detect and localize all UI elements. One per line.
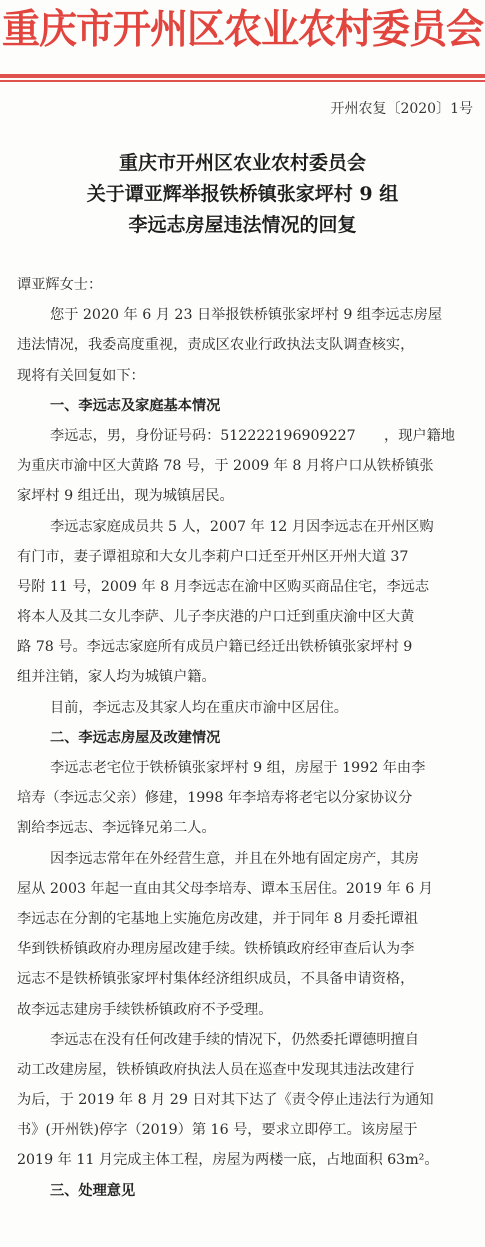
body-line: 号附 11 号，2009 年 8 月李远志在渝中区购买商品住宅，李远志 <box>17 572 477 602</box>
body-line: 2019 年 11 月完成主体工程，房屋为两楼一底，占地面积 63m²。 <box>17 1145 477 1175</box>
body-line: 远志不是铁桥镇张家坪村集体经济组织成员，不具备申请资格， <box>17 964 477 994</box>
body-line: 李远志在没有任何改建手续的情况下，仍然委托谭德明擅自 <box>17 1025 477 1055</box>
section-heading: 一、李远志及家庭基本情况 <box>17 391 477 421</box>
title-line: 重庆市开州区农业农村委员会 <box>0 148 485 179</box>
body-line: 动工改建房屋，铁桥镇政府执法人员在巡查中发现其违法改建行 <box>17 1055 477 1085</box>
body-line: 将本人及其二女儿李萨、儿子李庆港的户口迁到重庆渝中区大黄 <box>17 602 477 632</box>
body-line: 故李远志建房手续铁桥镇政府不予受理。 <box>17 995 477 1025</box>
body-line: 为重庆市渝中区大黄路 78 号，于 2009 年 8 月将户口从铁桥镇张 <box>17 451 477 481</box>
body-line: 路 78 号。李远志家庭所有成员户籍已经迁出铁桥镇张家坪村 9 <box>17 632 477 662</box>
body-line: 为后，于 2019 年 8 月 29 日对其下达了《责令停止违法行为通知 <box>17 1085 477 1115</box>
body-line: 华到铁桥镇政府办理房屋改建手续。铁桥镇政府经审查后认为李 <box>17 934 477 964</box>
body-line: 李远志在分割的宅基地上实施危房改建，并于同年 8 月委托谭祖 <box>17 904 477 934</box>
body-line: 组并注销，家人均为城镇户籍。 <box>17 662 477 692</box>
body-line: 李远志，男，身份证号码：512222196909227 ，现户籍地 <box>17 421 477 451</box>
body-line: 目前，李远志及其家人均在重庆市渝中区居住。 <box>17 693 477 723</box>
salutation: 谭亚辉女士： <box>17 270 477 300</box>
document-number: 开州农复〔2020〕1号 <box>330 97 473 121</box>
body-line: 李远志家庭成员共 5 人，2007 年 12 月因李远志在开州区购 <box>17 512 477 542</box>
body-line: 有门市，妻子谭祖琼和大女儿李莉户口迁至开州区开州大道 37 <box>17 542 477 572</box>
title-line: 李远志房屋违法情况的回复 <box>0 210 485 241</box>
body-line: 培寿（李远志父亲）修建，1998 年李培寿将老宅以分家协议分 <box>17 783 477 813</box>
masthead-rule-thin <box>0 80 485 82</box>
masthead-title: 重庆市开州区农业农村委员会 <box>0 3 485 56</box>
section-heading: 二、李远志房屋及改建情况 <box>17 723 477 753</box>
masthead-rule-thick <box>0 74 485 78</box>
body-line: 割给李远志、李远锋兄弟二人。 <box>17 813 477 843</box>
section-heading: 三、处理意见 <box>17 1176 477 1206</box>
document-title: 重庆市开州区农业农村委员会 关于谭亚辉举报铁桥镇张家坪村 9 组 李远志房屋违法… <box>0 148 485 241</box>
title-line: 关于谭亚辉举报铁桥镇张家坪村 9 组 <box>0 179 485 210</box>
body-line: 屋从 2003 年起一直由其父母李培寿、谭本玉居住。2019 年 6 月 <box>17 874 477 904</box>
body-line: 现将有关回复如下： <box>17 361 477 391</box>
body-line: 您于 2020 年 6 月 23 日举报铁桥镇张家坪村 9 组李远志房屋 <box>17 300 477 330</box>
body-line: 李远志老宅位于铁桥镇张家坪村 9 组，房屋于 1992 年由李 <box>17 753 477 783</box>
body-line: 书》(开州铁)停字（2019）第 16 号，要求立即停工。该房屋于 <box>17 1115 477 1145</box>
body-line: 因李远志常年在外经营生意，并且在外地有固定房产，其房 <box>17 844 477 874</box>
body-line: 违法情况，我委高度重视，责成区农业行政执法支队调查核实， <box>17 330 477 360</box>
document-body: 谭亚辉女士： 您于 2020 年 6 月 23 日举报铁桥镇张家坪村 9 组李远… <box>17 270 477 1206</box>
body-line: 家坪村 9 组迁出，现为城镇居民。 <box>17 481 477 511</box>
